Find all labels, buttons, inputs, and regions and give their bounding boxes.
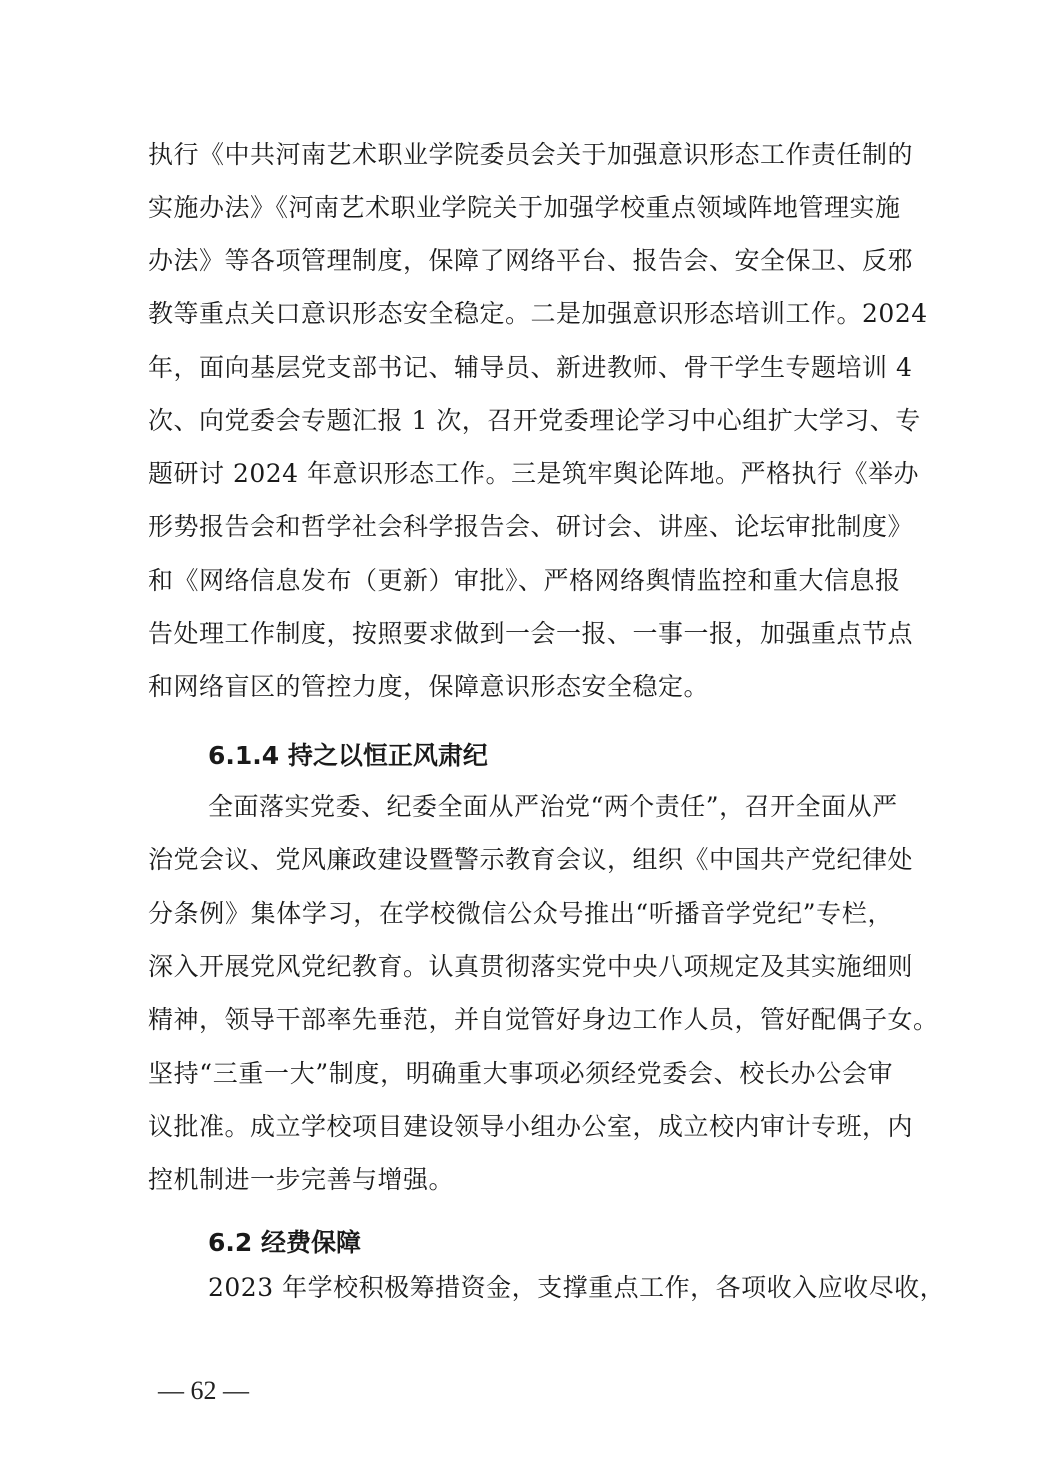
section-heading-6-2: 6.2 经费保障 — [208, 1228, 361, 1258]
text-line: 分条例》集体学习，在学校微信公众号推出“听播音学党纪”专栏， — [148, 899, 893, 929]
text-line: 年，面向基层党支部书记、辅导员、新进教师、骨干学生专题培训 4 — [148, 353, 893, 383]
text-line: 实施办法》《河南艺术职业学院关于加强学校重点领域阵地管理实施 — [148, 193, 893, 223]
section-heading-6-1-4: 6.1.4 持之以恒正风肃纪 — [208, 741, 488, 771]
text-line: 和网络盲区的管控力度，保障意识形态安全稳定。 — [148, 672, 893, 702]
text-line: 办法》等各项管理制度，保障了网络平台、报告会、安全保卫、反邪 — [148, 246, 893, 276]
page-number: — 62 — — [158, 1376, 249, 1406]
text-line: 深入开展党风党纪教育。认真贯彻落实党中央八项规定及其实施细则 — [148, 952, 893, 982]
text-line: 全面落实党委、纪委全面从严治党“两个责任”，召开全面从严 — [208, 792, 893, 822]
text-line: 次、向党委会专题汇报 1 次，召开党委理论学习中心组扩大学习、专 — [148, 406, 893, 436]
document-page: 执行《中共河南艺术职业学院委员会关于加强意识形态工作责任制的 实施办法》《河南艺… — [0, 0, 1041, 1472]
text-line: 和《网络信息发布（更新）审批》、严格网络舆情监控和重大信息报 — [148, 566, 893, 596]
text-line: 控机制进一步完善与增强。 — [148, 1165, 893, 1195]
text-line: 执行《中共河南艺术职业学院委员会关于加强意识形态工作责任制的 — [148, 140, 893, 170]
text-line: 教等重点关口意识形态安全稳定。二是加强意识形态培训工作。2024 — [148, 299, 893, 329]
text-line: 告处理工作制度，按照要求做到一会一报、一事一报，加强重点节点 — [148, 619, 893, 649]
text-line: 坚持“三重一大”制度，明确重大事项必须经党委会、校长办公会审 — [148, 1059, 893, 1089]
text-line: 2023 年学校积极筹措资金，支撑重点工作，各项收入应收尽收， — [208, 1273, 893, 1303]
text-line: 题研讨 2024 年意识形态工作。三是筑牢舆论阵地。严格执行《举办 — [148, 459, 893, 489]
text-line: 形势报告会和哲学社会科学报告会、研讨会、讲座、论坛审批制度》 — [148, 512, 893, 542]
text-line: 精神，领导干部率先垂范，并自觉管好身边工作人员，管好配偶子女。 — [148, 1005, 893, 1035]
text-line: 治党会议、党风廉政建设暨警示教育会议，组织《中国共产党纪律处 — [148, 845, 893, 875]
text-line: 议批准。成立学校项目建设领导小组办公室，成立校内审计专班，内 — [148, 1112, 893, 1142]
